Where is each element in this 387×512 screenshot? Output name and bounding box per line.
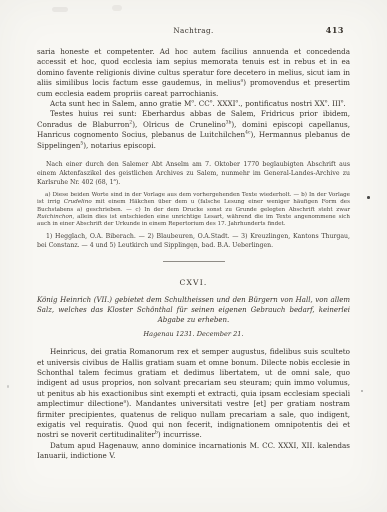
charter-cxvi-datum-paragraph: Datum apud Hagenauw, anno dominice incar… <box>37 441 350 462</box>
book-page: Nachtrag. 413 saria honeste et competent… <box>0 0 387 512</box>
charter-cxvi-text-paragraph: Heinricus, dei gratia Romanorum rex et s… <box>37 347 350 441</box>
section-divider-rule <box>163 261 225 262</box>
charter-cxv-acta-paragraph: Acta sunt hec in Salem, anno gratie Mo. … <box>37 99 350 109</box>
source-provenance-note: Nach einer durch den Salemer Abt Anselm … <box>37 160 350 187</box>
editorial-letter-notes: a) Diese beiden Worte sind in der Vorlag… <box>37 192 350 228</box>
scan-artifact <box>7 385 9 388</box>
scan-artifact <box>367 196 370 199</box>
scan-artifact <box>361 390 363 392</box>
charter-cxv-continuation-paragraph: saria honeste et competenter. Ad hoc aut… <box>37 47 350 99</box>
charter-dateline: Hagenau 1231. December 21. <box>37 330 350 338</box>
charter-regest-summary: König Heinrich (VII.) gebietet dem Schul… <box>37 295 350 325</box>
running-title: Nachtrag. <box>37 26 350 35</box>
scan-artifact <box>52 7 68 12</box>
page-number: 413 <box>326 25 344 35</box>
page-header: Nachtrag. 413 <box>37 26 350 37</box>
scan-artifact <box>112 5 122 11</box>
scan-artifact <box>192 247 194 249</box>
charter-section-number: CXVI. <box>37 278 350 287</box>
charter-cxv-testes-paragraph: Testes huius rei sunt: Eberhardus abbas … <box>37 109 350 151</box>
